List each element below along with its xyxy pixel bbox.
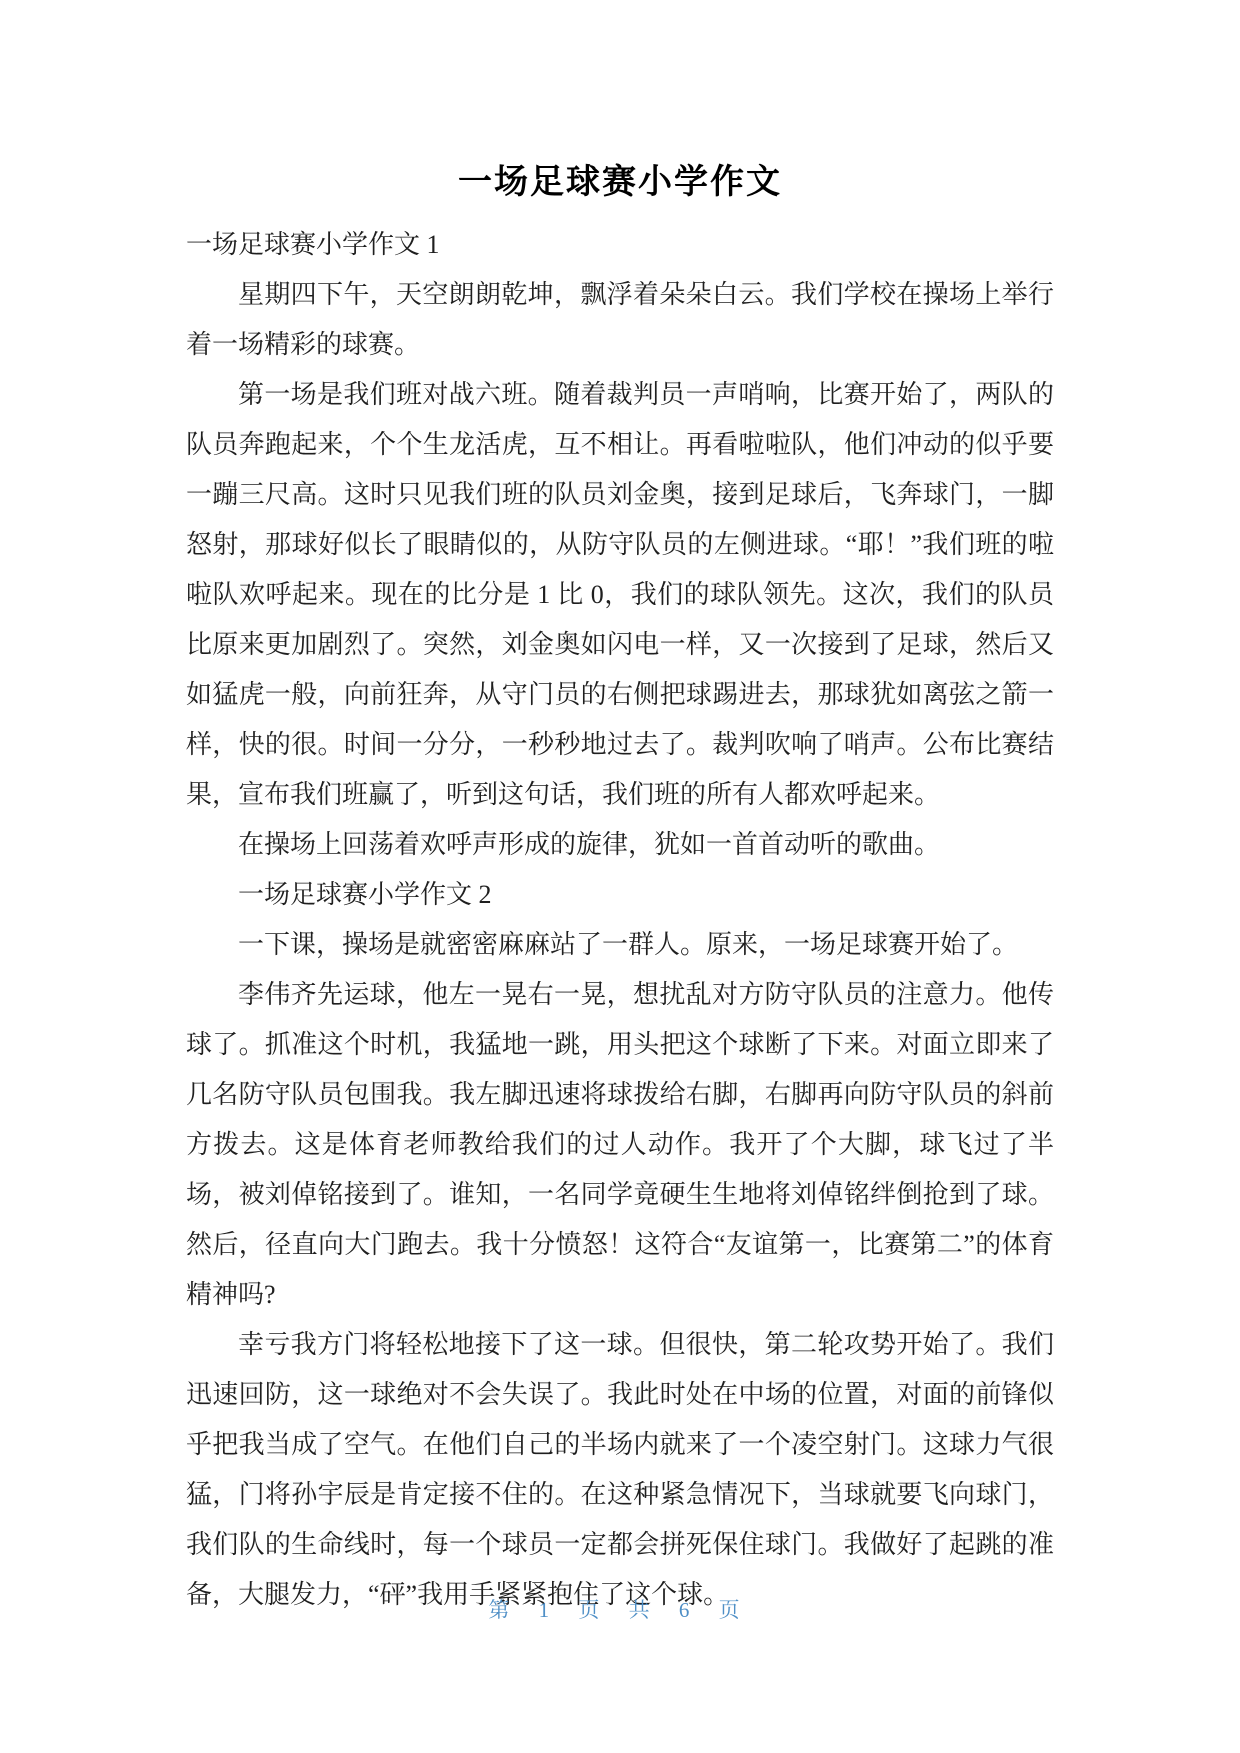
essay1-paragraph-3: 在操场上回荡着欢呼声形成的旋律，犹如一首首动听的歌曲。 — [186, 820, 1054, 870]
essay2-subheading: 一场足球赛小学作文 2 — [186, 870, 1054, 920]
essay1-paragraph-2: 第一场是我们班对战六班。随着裁判员一声哨响，比赛开始了，两队的队员奔跑起来，个个… — [186, 370, 1054, 820]
essay2-paragraph-1: 一下课，操场是就密密麻麻站了一群人。原来，一场足球赛开始了。 — [186, 920, 1054, 970]
essay2-paragraph-3: 幸亏我方门将轻松地接下了这一球。但很快，第二轮攻势开始了。我们迅速回防，这一球绝… — [186, 1320, 1054, 1620]
essay1-paragraph-1: 星期四下午，天空朗朗乾坤，飘浮着朵朵白云。我们学校在操场上举行着一场精彩的球赛。 — [186, 270, 1054, 370]
document-body: 一场足球赛小学作文 1 星期四下午，天空朗朗乾坤，飘浮着朵朵白云。我们学校在操场… — [186, 220, 1054, 1620]
essay1-subheading: 一场足球赛小学作文 1 — [186, 220, 1054, 270]
essay2-paragraph-2: 李伟齐先运球，他左一晃右一晃，想扰乱对方防守队员的注意力。他传球了。抓准这个时机… — [186, 970, 1054, 1320]
page-number-footer: 第 1 页 共 6 页 — [0, 1594, 1240, 1624]
document-title: 一场足球赛小学作文 — [186, 160, 1054, 204]
document-page: 一场足球赛小学作文 一场足球赛小学作文 1 星期四下午，天空朗朗乾坤，飘浮着朵朵… — [0, 0, 1240, 1753]
